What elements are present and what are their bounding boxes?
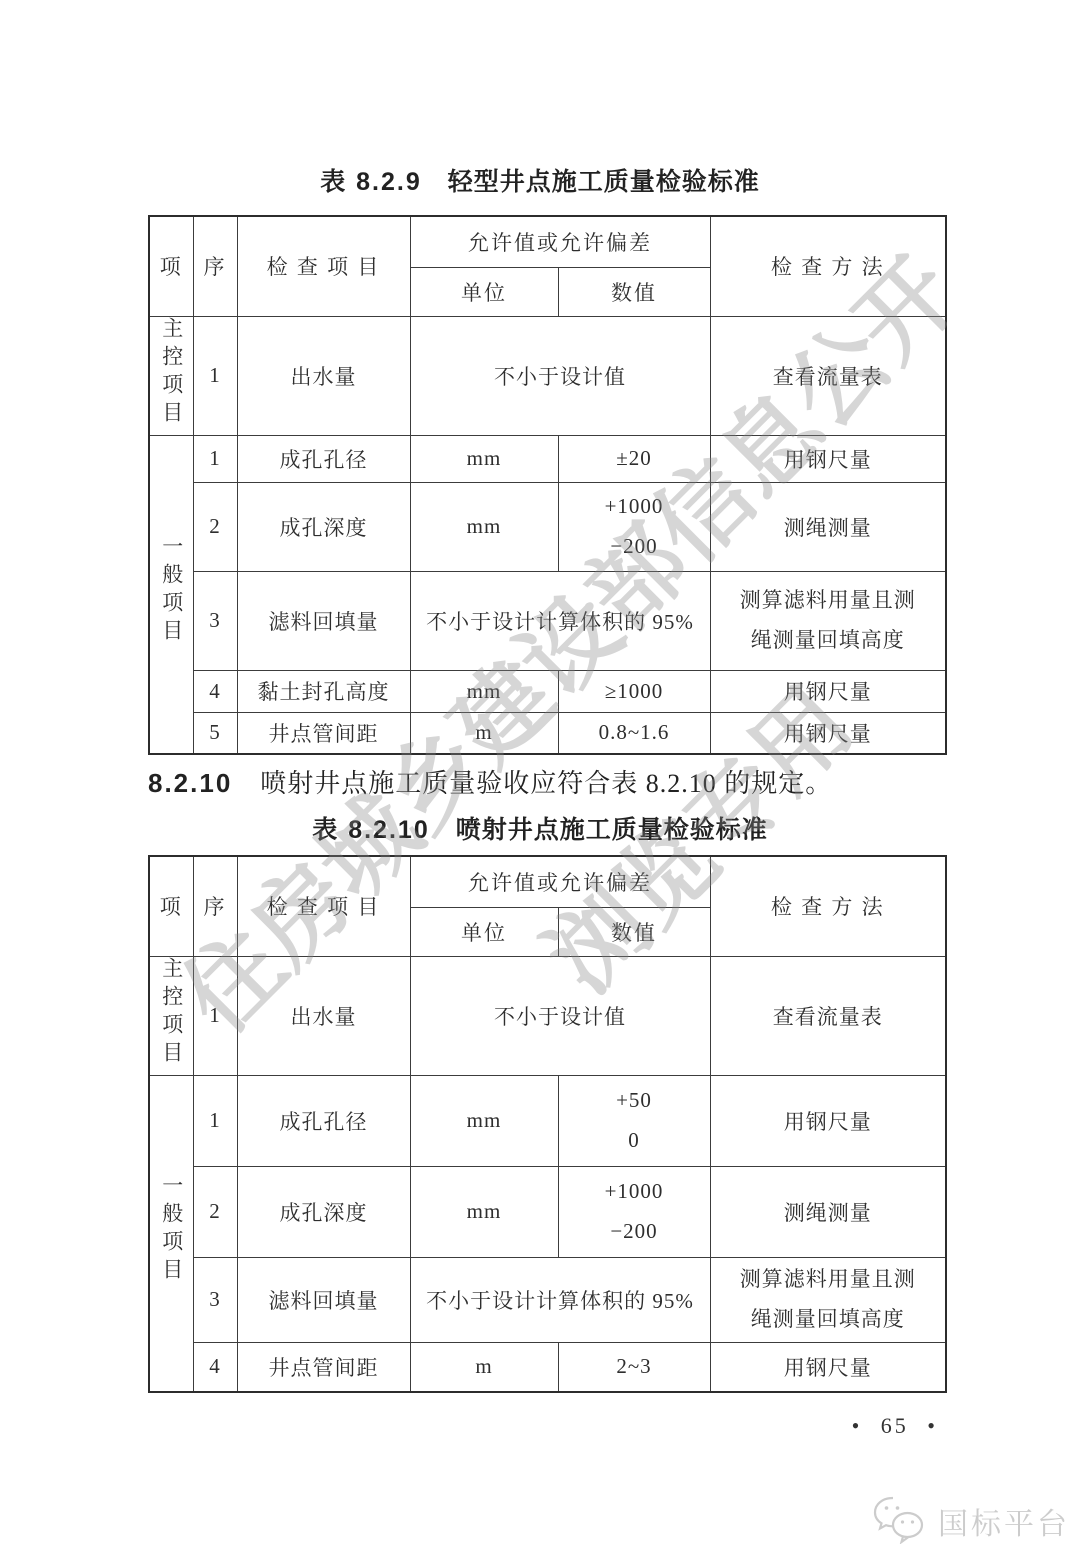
table-cell: 5 <box>193 712 237 754</box>
table1-title-number: 表 8.2.9 <box>320 168 422 196</box>
table-cell: 1 <box>193 435 237 482</box>
table-cell: m <box>410 712 558 754</box>
t2-header-item: 项 <box>149 856 193 956</box>
table-cell: 用钢尺量 <box>710 435 946 482</box>
table-cell: 井点管间距 <box>237 1342 410 1392</box>
t1-section-general: 一般项目 <box>149 435 193 754</box>
table-cell: 1 <box>193 316 237 435</box>
table-cell: mm <box>410 1166 558 1257</box>
table-cell: 4 <box>193 1342 237 1392</box>
t2-header-check-item: 检 查 项 目 <box>237 856 410 956</box>
table-cell: 3 <box>193 571 237 670</box>
table-cell: 查看流量表 <box>710 956 946 1075</box>
table-cell: 成孔深度 <box>237 1166 410 1257</box>
table2-title-text: 喷射井点施工质量检验标准 <box>456 816 768 844</box>
table-cell: 滤料回填量 <box>237 1257 410 1342</box>
table-cell: 成孔孔径 <box>237 1075 410 1166</box>
table-8-2-10: 项 序 检 查 项 目 允许值或允许偏差 检 查 方 法 单位 数值 主控项目 … <box>148 855 947 1393</box>
table1-title: 表 8.2.9轻型井点施工质量检验标准 <box>0 162 1080 198</box>
t1-section-main-label: 主控项目 <box>161 317 182 429</box>
table-cell: ≥1000 <box>558 670 710 712</box>
table-cell: mm <box>410 670 558 712</box>
table-cell: 测算滤料用量且测 绳测量回填高度 <box>710 1257 946 1342</box>
t1-section-general-label: 一般项目 <box>161 535 182 647</box>
table-cell: +1000 −200 <box>558 1166 710 1257</box>
clause-text: 喷射井点施工质量验收应符合表 8.2.10 的规定。 <box>260 769 832 798</box>
table-cell: 1 <box>193 1075 237 1166</box>
t1-section-main: 主控项目 <box>149 316 193 435</box>
table-cell: 2 <box>193 482 237 571</box>
t1-header-unit: 单位 <box>410 267 558 316</box>
table-cell: 不小于设计值 <box>410 956 710 1075</box>
table-cell: 测绳测量 <box>710 1166 946 1257</box>
table-cell: 不小于设计值 <box>410 316 710 435</box>
table-cell: 2 <box>193 1166 237 1257</box>
t1-header-check-item: 检 查 项 目 <box>237 216 410 316</box>
table-cell: 黏土封孔高度 <box>237 670 410 712</box>
clause-number: 8.2.10 <box>148 768 232 798</box>
table-cell: 4 <box>193 670 237 712</box>
t1-header-allow: 允许值或允许偏差 <box>410 216 710 267</box>
t2-section-general-label: 一般项目 <box>161 1174 182 1286</box>
t2-header-value: 数值 <box>558 907 710 956</box>
t2-section-main-label: 主控项目 <box>161 957 182 1069</box>
table-8-2-9: 项 序 检 查 项 目 允许值或允许偏差 检 查 方 法 单位 数值 主控项目 … <box>148 215 947 755</box>
document-page: 表 8.2.9轻型井点施工质量检验标准 项 序 检 查 项 目 允许值或允许偏差… <box>0 0 1080 1566</box>
table-cell: 井点管间距 <box>237 712 410 754</box>
t1-header-value: 数值 <box>558 267 710 316</box>
t1-header-item: 项 <box>149 216 193 316</box>
t2-section-main: 主控项目 <box>149 956 193 1075</box>
clause-8-2-10: 8.2.10喷射井点施工质量验收应符合表 8.2.10 的规定。 <box>148 763 948 800</box>
table-cell: 测算滤料用量且测 绳测量回填高度 <box>710 571 946 670</box>
t2-header-method: 检 查 方 法 <box>710 856 946 956</box>
table2-title: 表 8.2.10喷射井点施工质量检验标准 <box>0 810 1080 846</box>
page-number: • 65 • <box>148 1413 938 1439</box>
table-cell: m <box>410 1342 558 1392</box>
table-cell: 成孔深度 <box>237 482 410 571</box>
table-cell: 用钢尺量 <box>710 1342 946 1392</box>
table-cell: 出水量 <box>237 956 410 1075</box>
table-cell: 0.8~1.6 <box>558 712 710 754</box>
table-cell: 滤料回填量 <box>237 571 410 670</box>
table1-title-text: 轻型井点施工质量检验标准 <box>448 168 760 196</box>
table-cell: 用钢尺量 <box>710 1075 946 1166</box>
table-cell: ±20 <box>558 435 710 482</box>
table-cell: mm <box>410 435 558 482</box>
brand-watermark: 国标平台 <box>872 1492 1070 1550</box>
table-cell: 用钢尺量 <box>710 670 946 712</box>
table-cell: 用钢尺量 <box>710 712 946 754</box>
table-cell: 1 <box>193 956 237 1075</box>
table-cell: 不小于设计计算体积的 95% <box>410 571 710 670</box>
table-cell: mm <box>410 482 558 571</box>
t2-section-general: 一般项目 <box>149 1075 193 1392</box>
table2-title-number: 表 8.2.10 <box>312 816 429 844</box>
table-cell: +1000 −200 <box>558 482 710 571</box>
t1-header-seq: 序 <box>193 216 237 316</box>
t2-header-allow: 允许值或允许偏差 <box>410 856 710 907</box>
table-cell: 测绳测量 <box>710 482 946 571</box>
table-cell: 不小于设计计算体积的 95% <box>410 1257 710 1342</box>
table-cell: 2~3 <box>558 1342 710 1392</box>
wechat-bubbles-icon <box>872 1494 928 1549</box>
brand-text: 国标平台 <box>938 1499 1070 1543</box>
table-cell: 成孔孔径 <box>237 435 410 482</box>
table-cell: 查看流量表 <box>710 316 946 435</box>
table-cell: +50 0 <box>558 1075 710 1166</box>
table-cell: mm <box>410 1075 558 1166</box>
t2-header-seq: 序 <box>193 856 237 956</box>
t2-header-unit: 单位 <box>410 907 558 956</box>
t1-header-method: 检 查 方 法 <box>710 216 946 316</box>
table-cell: 出水量 <box>237 316 410 435</box>
table-cell: 3 <box>193 1257 237 1342</box>
